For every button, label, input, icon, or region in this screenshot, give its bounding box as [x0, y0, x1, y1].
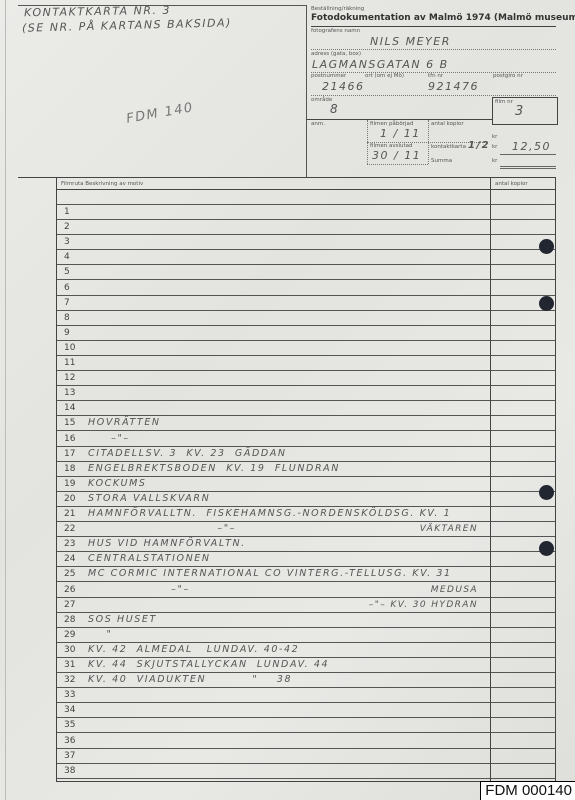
area-value: 8	[330, 102, 339, 116]
divider	[500, 168, 556, 169]
contact-sheet-price: 12,50	[512, 140, 551, 153]
currency-label: kr	[492, 144, 497, 150]
remarks-label: anm.	[311, 121, 325, 127]
contact-sheet-title: KONTAKTKARTA NR. 3	[24, 4, 171, 20]
document-id-label: FDM 000140	[480, 781, 575, 800]
sum-label: Summa	[431, 158, 452, 164]
address-label: adress (gata, box)	[311, 51, 361, 57]
document-page: KONTAKTKARTA NR. 3 (SE NR. PÅ KARTANS BA…	[0, 0, 575, 800]
contact-sheet-qty: 1/2	[468, 140, 490, 151]
divider	[367, 164, 428, 165]
city-label: ort (om ej Mö)	[365, 73, 404, 79]
divider	[311, 49, 556, 50]
punch-hole	[539, 541, 554, 556]
postal-code-label: postnummer	[311, 73, 346, 79]
film-number-value: 3	[515, 104, 525, 119]
currency-label: kr	[492, 158, 497, 164]
contact-sheet-label: kontaktkarta	[431, 144, 466, 150]
film-finished-value: 30 / 11	[372, 149, 421, 162]
address-value: LAGMANSGATAN 6 B	[312, 58, 449, 71]
punch-hole	[539, 485, 554, 500]
phone-value: 921476	[428, 80, 479, 93]
punch-hole	[539, 239, 554, 254]
order-section-label: Beställning/räkning	[311, 6, 364, 12]
photographer-name: NILS MEYER	[370, 35, 451, 48]
currency-label: kr	[492, 134, 497, 140]
divider	[306, 119, 492, 120]
film-number-box: film nr 3	[492, 97, 558, 125]
divider	[311, 26, 556, 27]
film-started-value: 1 / 11	[380, 127, 421, 140]
photographer-label: fotografens namn	[311, 28, 360, 34]
table-frame	[56, 177, 556, 782]
organization-name: Fotodokumentation av Malmö 1974 (Malmö m…	[311, 13, 575, 23]
divider	[311, 95, 556, 96]
page-edge-line	[5, 0, 6, 800]
punch-hole	[539, 296, 554, 311]
film-number-label: film nr	[495, 99, 513, 105]
copies-label: antal kopior	[431, 121, 464, 127]
giro-label: postgiro nr	[493, 73, 523, 79]
phone-label: tfn nr	[428, 73, 443, 79]
divider	[500, 166, 556, 167]
divider	[500, 154, 556, 155]
postal-code-value: 21466	[322, 80, 365, 93]
